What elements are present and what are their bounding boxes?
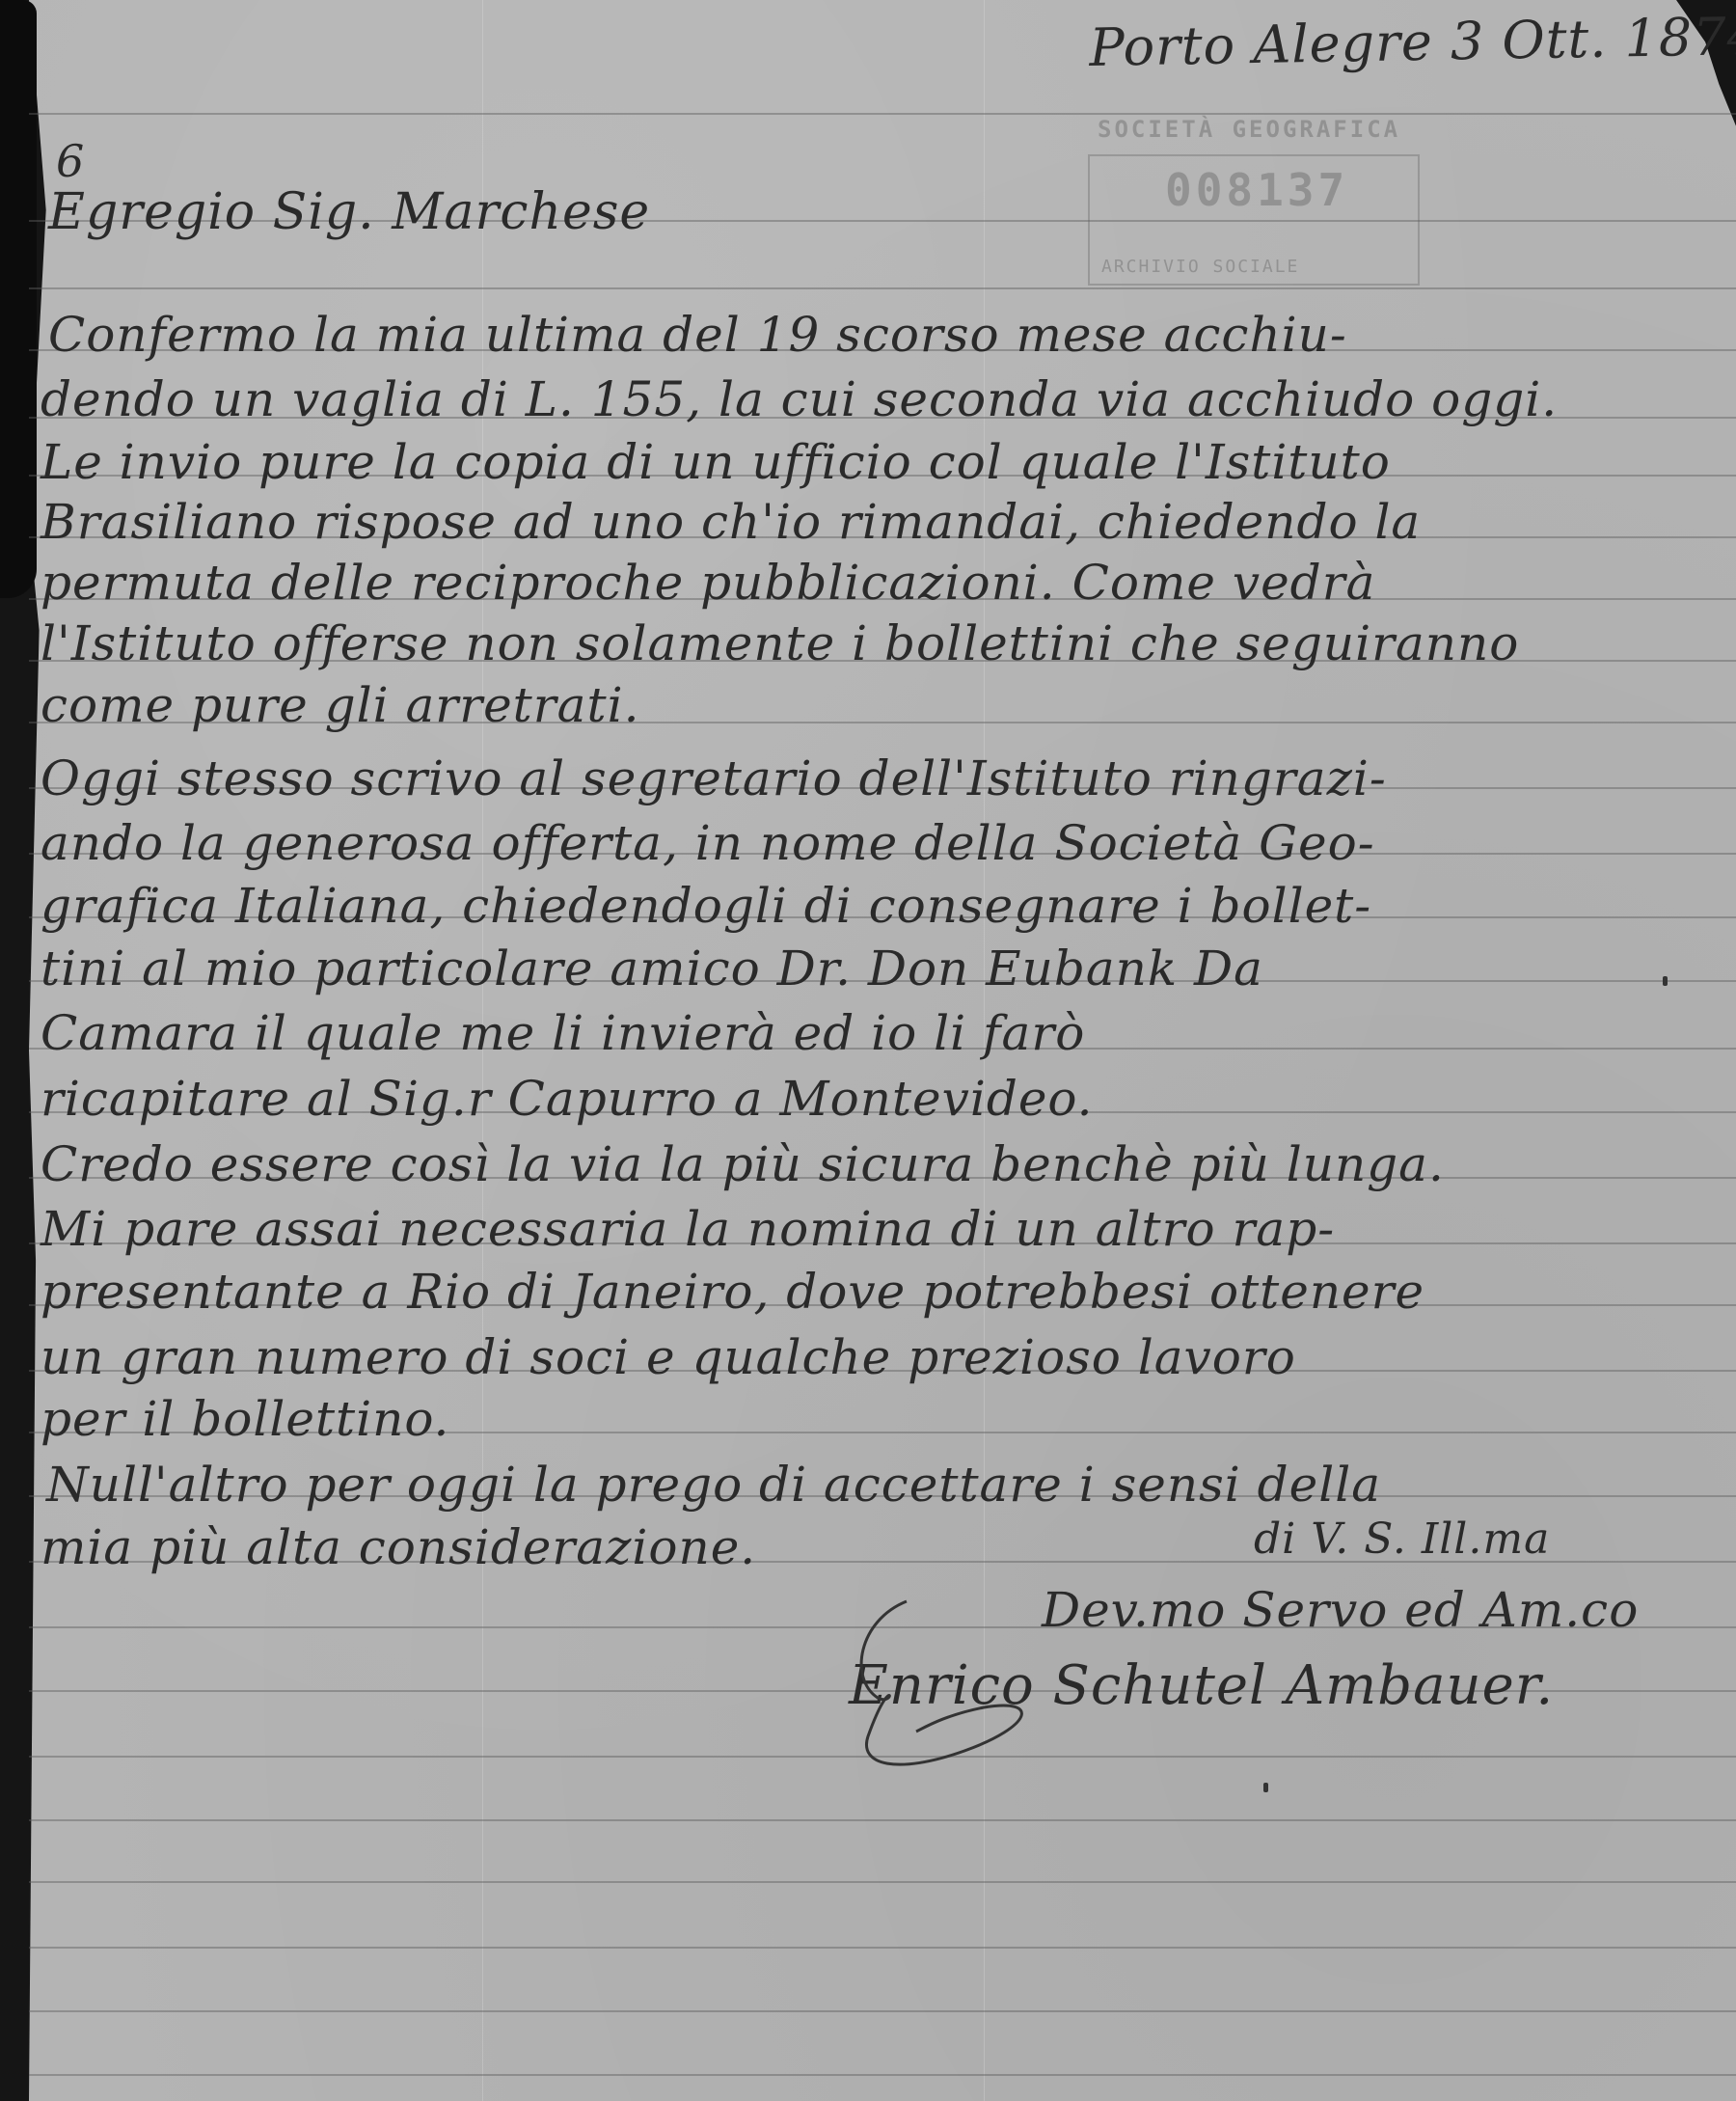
body-line: mia più alta considerazione. [41, 1519, 756, 1575]
body-line: Mi pare assai necessaria la nomina di un… [41, 1201, 1335, 1257]
ruled-line [29, 1819, 1736, 1821]
closing: Dev.mo Servo ed Am.co [1042, 1582, 1639, 1638]
body-line: Credo essere così la via la più sicura b… [41, 1136, 1445, 1192]
stamp-header: SOCIETÀ GEOGRAFICA [1098, 116, 1400, 143]
body-line: dendo un vaglia di L. 155, la cui second… [41, 371, 1558, 427]
dateline: Porto Alegre 3 Ott. 1874 [1089, 6, 1736, 78]
scan-border-shadow [0, 0, 37, 598]
body-line: come pure gli arretrati. [41, 677, 639, 733]
salutation: Egregio Sig. Marchese [48, 183, 650, 241]
archive-stamp: SOCIETÀ GEOGRAFICA 008137 ARCHIVIO SOCIA… [1088, 114, 1424, 295]
body-line: Null'altro per oggi la prego di accettar… [46, 1457, 1381, 1513]
ink-mark [1663, 976, 1668, 986]
closing-abbreviation: di V. S. Ill.ma [1254, 1514, 1550, 1564]
scanned-letter: SOCIETÀ GEOGRAFICA 008137 ARCHIVIO SOCIA… [0, 0, 1736, 2101]
body-line: Oggi stesso scrivo al segretario dell'Is… [41, 750, 1387, 806]
body-line: Le invio pure la copia di un ufficio col… [41, 434, 1391, 490]
stamp-footer: ARCHIVIO SOCIALE [1101, 257, 1299, 277]
body-line: per il bollettino. [41, 1391, 449, 1447]
ruled-line [29, 113, 1736, 115]
ink-mark [1263, 1783, 1268, 1792]
ruled-line [29, 2074, 1736, 2076]
ruled-line [29, 287, 1736, 289]
ruled-line [29, 2010, 1736, 2012]
page-number: 6 [56, 135, 85, 187]
signature-flourish [839, 1582, 1080, 1775]
body-line: Confermo la mia ultima del 19 scorso mes… [48, 307, 1347, 363]
body-line: grafica Italiana, chiedendogli di conseg… [41, 878, 1371, 934]
body-line: ricapitare al Sig.r Capurro a Montevideo… [41, 1071, 1094, 1127]
body-line: Camara il quale me li invierà ed io li f… [41, 1005, 1085, 1061]
ruled-line [29, 1881, 1736, 1883]
stamp-number: 008137 [1165, 164, 1348, 216]
body-line: ando la generosa offerta, in nome della … [41, 815, 1375, 871]
body-line: presentante a Rio di Janeiro, dove potre… [41, 1264, 1424, 1320]
body-line: l'Istituto offerse non solamente i bolle… [41, 615, 1519, 671]
body-line: Brasiliano rispose ad uno ch'io rimandai… [41, 494, 1421, 550]
body-line: un gran numero di soci e qualche prezios… [41, 1329, 1296, 1385]
body-line: tini al mio particolare amico Dr. Don Eu… [41, 941, 1263, 996]
ruled-line [29, 1947, 1736, 1949]
body-line: permuta delle reciproche pubblicazioni. … [41, 555, 1375, 611]
